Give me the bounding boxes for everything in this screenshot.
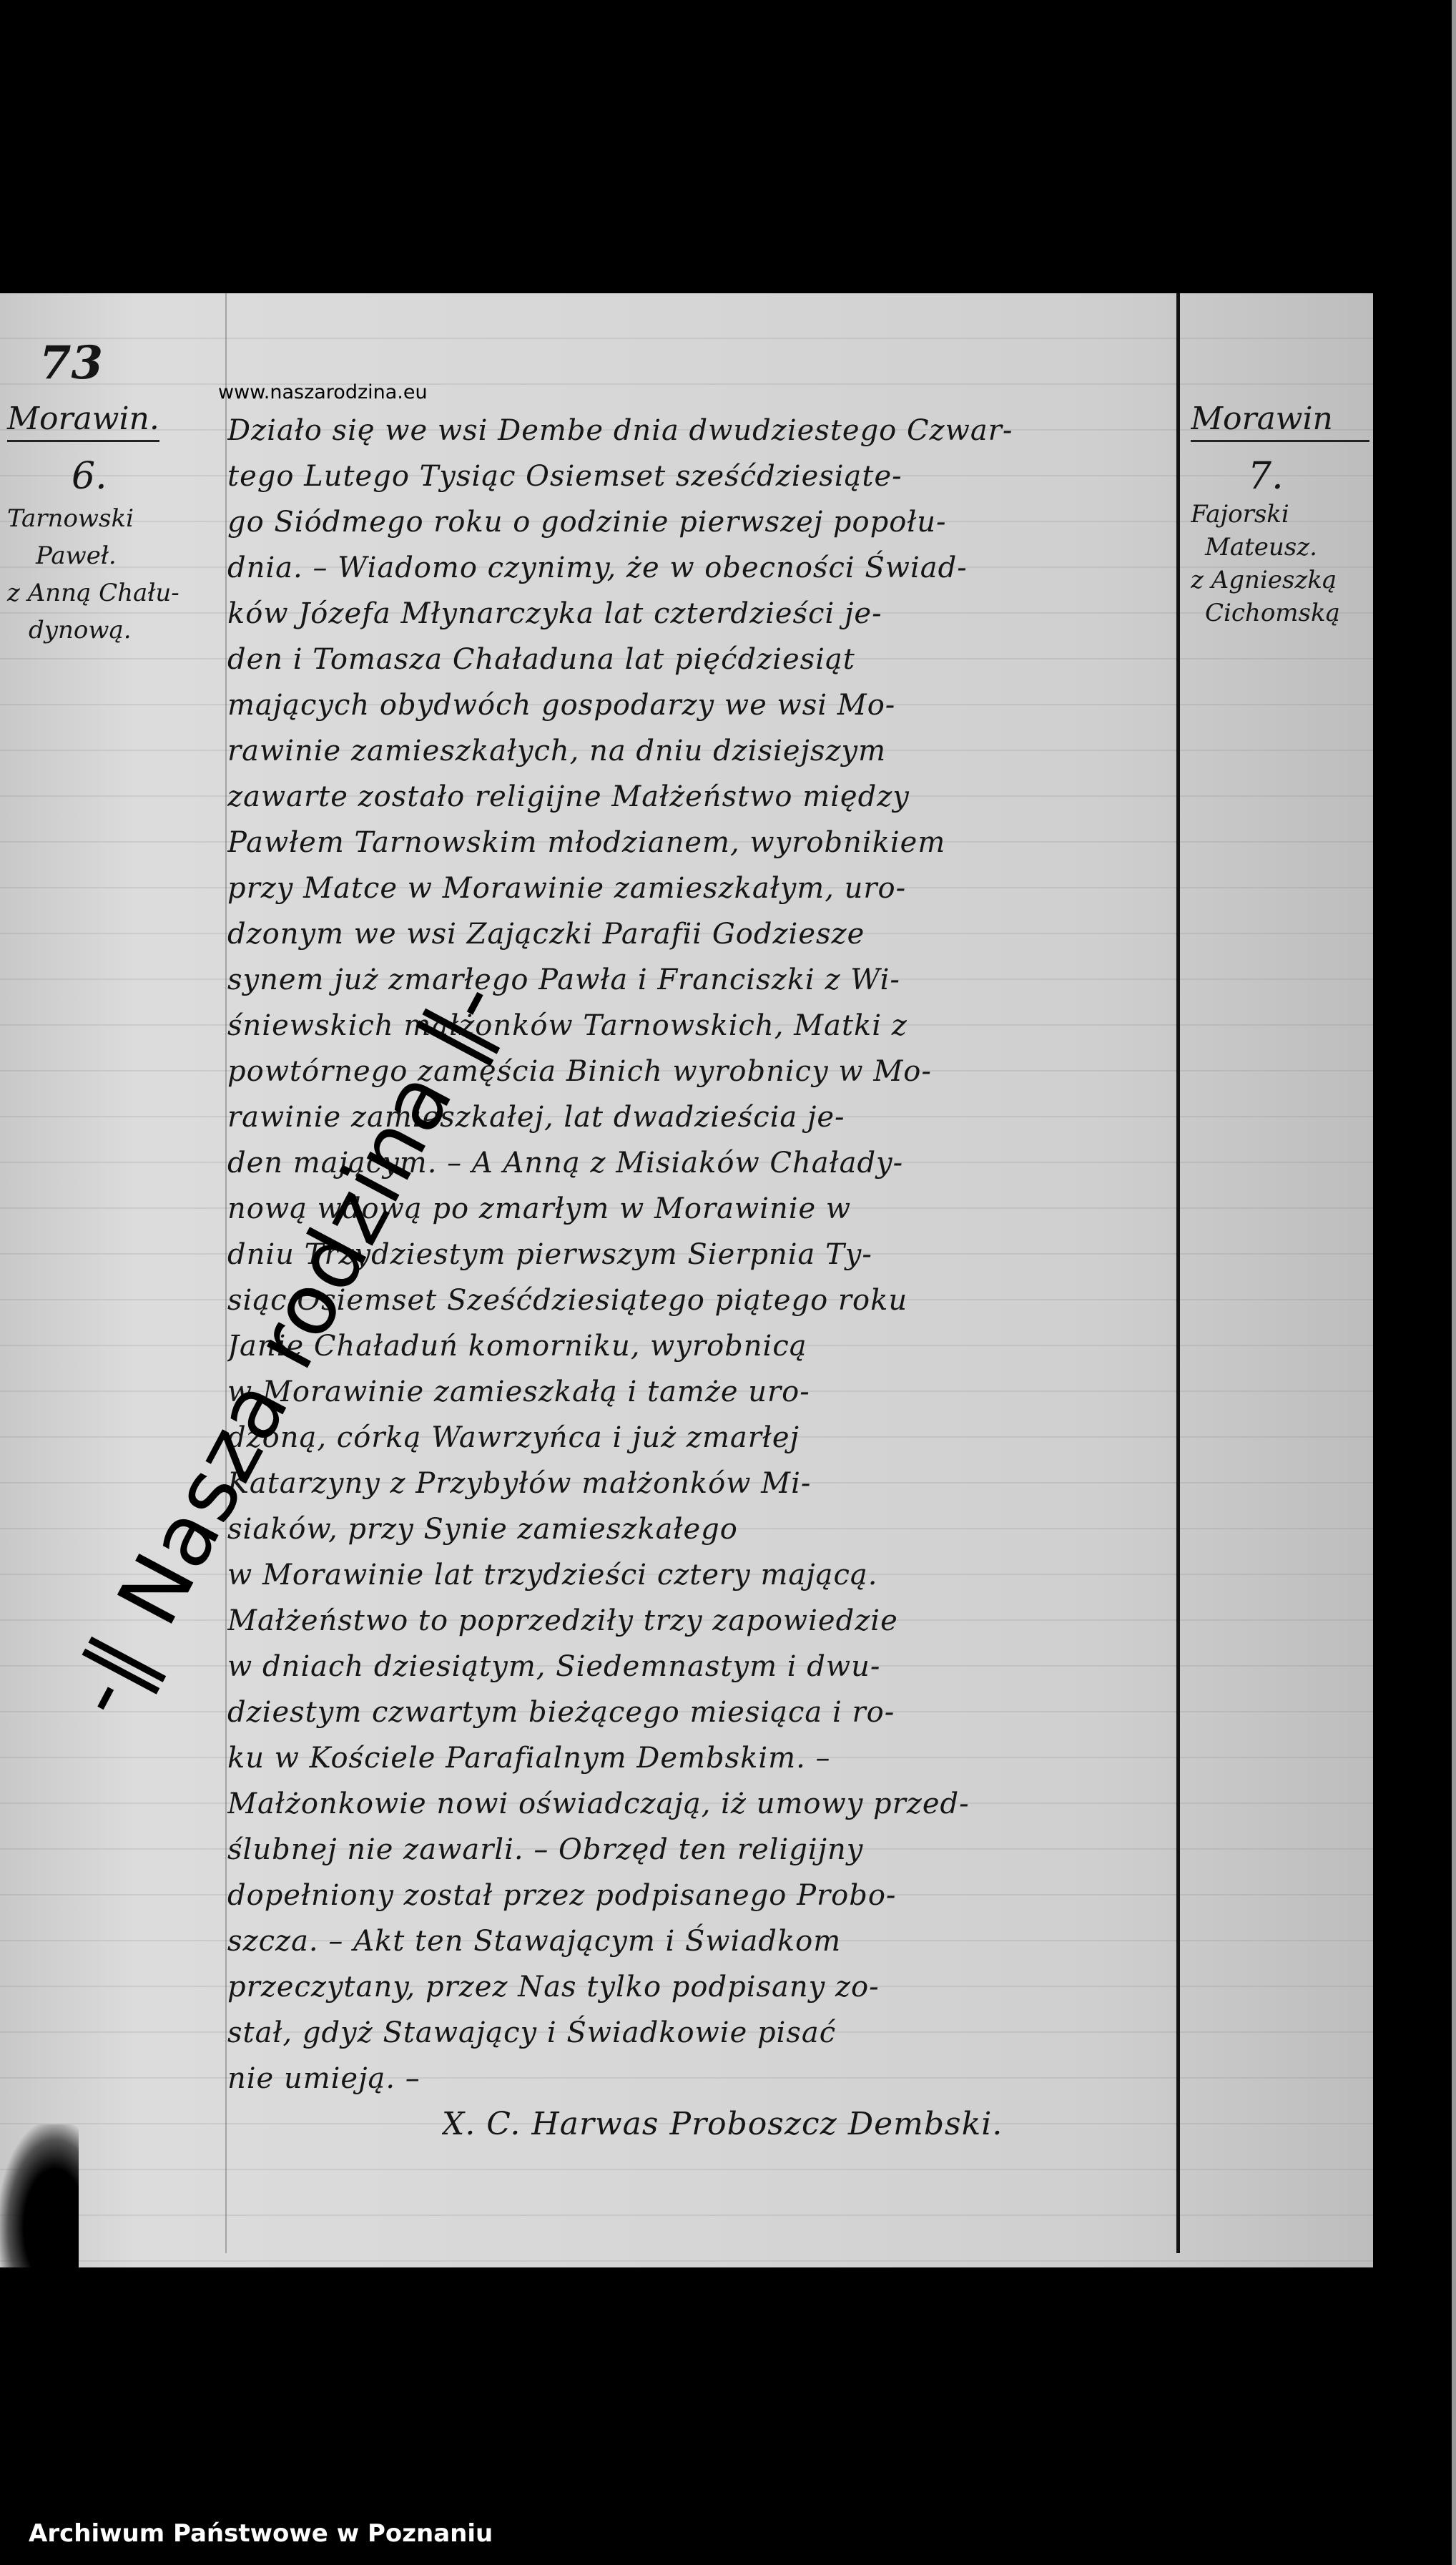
page-divider-line [1176, 293, 1180, 2253]
text-line: tego Lutego Tysiąc Osiemset sześćdziesią… [227, 453, 1171, 499]
text-line: ku w Kościele Parafialnym Dembskim. – [227, 1735, 1171, 1781]
text-line: w Morawinie zamieszkałą i tamże uro- [227, 1369, 1171, 1415]
priest-signature: X. C. Harwas Proboszcz Dembski. [442, 2101, 1171, 2147]
text-line: Małżeństwo to poprzedziły trzy zapowiedz… [227, 1598, 1171, 1644]
text-line: synem już zmarłego Pawła i Franciszki z … [227, 957, 1171, 1003]
left-margin-name: z Anną Chału- [7, 577, 222, 609]
right-margin-name: Fajorski [1191, 498, 1369, 531]
text-line: mających obydwóch gospodarzy we wsi Mo- [227, 682, 1171, 728]
text-line: śniewskich małżonków Tarnowskich, Matki … [227, 1003, 1171, 1049]
text-line: Działo się we wsi Dembe dnia dwudziesteg… [227, 408, 1171, 453]
text-line: Małżonkowie nowi oświadczają, iż umowy p… [227, 1781, 1171, 1827]
right-margin-name: Mateusz. [1205, 531, 1369, 564]
scan-edge-strip [1452, 0, 1456, 2565]
left-margin-name: dynową. [29, 614, 222, 647]
left-margin-column: Morawin. 6. Tarnowski Paweł. z Anną Chał… [7, 401, 222, 647]
right-margin-column: Morawin 7. Fajorski Mateusz. z Agnieszką… [1191, 401, 1369, 629]
left-margin-name: Tarnowski [7, 502, 222, 535]
text-line: go Siódmego roku o godzinie pierwszej po… [227, 499, 1171, 545]
folio-number: 73 [39, 336, 103, 390]
text-line: Janie Chaładuń komorniku, wyrobnicą [227, 1323, 1171, 1369]
text-line: ślubnej nie zawarli. – Obrzęd ten religi… [227, 1827, 1171, 1873]
finger-shadow [0, 2124, 79, 2296]
text-line: w dniach dziesiątym, Siedemnastym i dwu- [227, 1644, 1171, 1689]
right-margin-entry-number: 7. [1248, 455, 1369, 498]
text-line: stał, gdyż Stawający i Świadkowie pisać [227, 2010, 1171, 2056]
url-watermark: www.naszarodzina.eu [218, 381, 428, 403]
text-line: przeczytany, przez Nas tylko podpisany z… [227, 1964, 1171, 2010]
text-line: dzoną, córką Wawrzyńca i już zmarłej [227, 1415, 1171, 1461]
text-line: zawarte zostało religijne Małżeństwo mię… [227, 774, 1171, 820]
text-line: nie umieją. – [227, 2056, 1171, 2101]
left-margin-entry-number: 6. [72, 455, 222, 498]
text-line: w Morawinie lat trzydzieści cztery mając… [227, 1552, 1171, 1598]
text-line: szcza. – Akt ten Stawającym i Świadkom [227, 1918, 1171, 1964]
text-line: dopełniony został przez podpisanego Prob… [227, 1873, 1171, 1918]
text-line: dziestym czwartym bieżącego miesiąca i r… [227, 1689, 1171, 1735]
text-line: den i Tomasza Chaładuna lat pięćdziesiąt [227, 637, 1171, 682]
text-line: przy Matce w Morawinie zamieszkałym, uro… [227, 865, 1171, 911]
left-margin-name: Paweł. [36, 539, 222, 572]
archive-label: Archiwum Państwowe w Poznaniu [29, 2519, 493, 2548]
right-margin-name: z Agnieszką [1191, 564, 1369, 597]
text-line: siaków, przy Synie zamieszkałego [227, 1506, 1171, 1552]
text-line: ków Józefa Młynarczyka lat czterdzieści … [227, 591, 1171, 637]
text-line: Katarzyny z Przybyłów małżonków Mi- [227, 1461, 1171, 1506]
right-margin-place: Morawin [1191, 401, 1369, 442]
margin-rule-left [225, 293, 227, 2253]
right-margin-name: Cichomską [1205, 597, 1369, 629]
text-line: rawinie zamieszkałych, na dniu dzisiejsz… [227, 728, 1171, 774]
left-margin-place: Morawin. [7, 401, 159, 442]
text-line: Pawłem Tarnowskim młodzianem, wyrobnikie… [227, 820, 1171, 865]
text-line: dzonym we wsi Zajączki Parafii Godziesze [227, 911, 1171, 957]
text-line: dnia. – Wiadomo czynimy, że w obecności … [227, 545, 1171, 591]
